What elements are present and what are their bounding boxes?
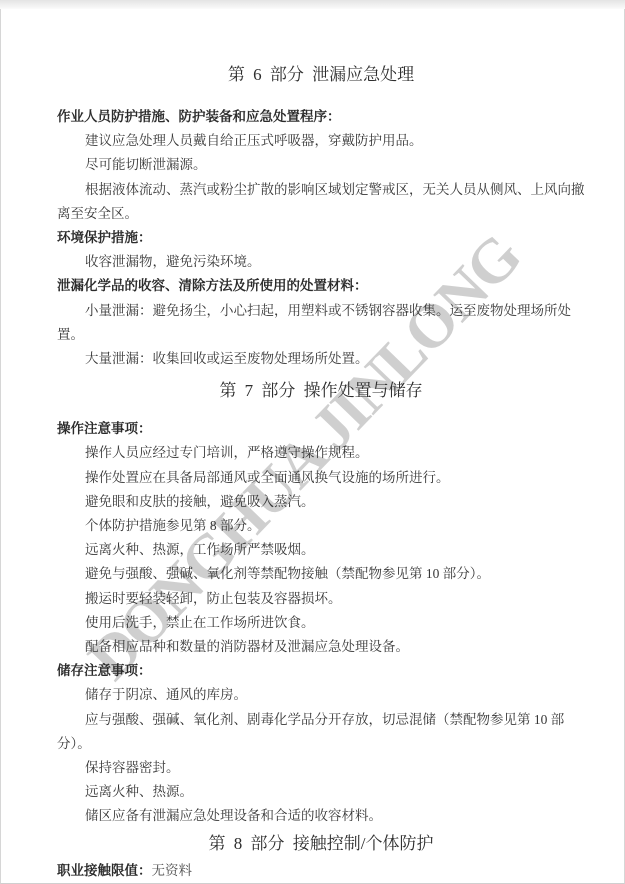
paragraph: 储存于阴凉、通风的库房。 — [57, 683, 585, 707]
paragraph: 搬运时要轻装轻卸，防止包装及容器损坏。 — [57, 587, 585, 611]
occupational-exposure-limit-value: 无资料 — [152, 863, 193, 878]
page-top-edge — [0, 0, 625, 9]
paragraph: 收容泄漏物，避免污染环境。 — [57, 250, 585, 274]
paragraph: 保持容器密封。 — [57, 756, 585, 780]
paragraph: 大量泄漏：收集回收或运至废物处理场所处置。 — [57, 347, 585, 371]
section-6-title: 第 6 部分 泄漏应急处理 — [57, 60, 585, 90]
paragraph: 避免眼和皮肤的接触，避免吸入蒸汽。 — [57, 490, 585, 514]
paragraph: 储区应备有泄漏应急处理设备和合适的收容材料。 — [57, 804, 585, 828]
paragraph: 远离火种、热源。 — [57, 780, 585, 804]
section-8-title: 第 8 部分 接触控制/个体防护 — [57, 829, 585, 859]
section-heading-worker-protection: 作业人员防护措施、防护装备和应急处置程序： — [57, 105, 585, 129]
document-content: 第 6 部分 泄漏应急处理 作业人员防护措施、防护装备和应急处置程序： 建议应急… — [0, 60, 625, 883]
paragraph: 操作人员应经过专门培训，严格遵守操作规程。 — [57, 441, 585, 465]
paragraph: 应与强酸、强碱、氧化剂、剧毒化学品分开存放，切忌混储（禁配物参见第 10 部分）… — [57, 708, 585, 756]
section-heading-environment-protection: 环境保护措施： — [57, 226, 585, 250]
paragraph: 个体防护措施参见第 8 部分。 — [57, 514, 585, 538]
document-page: DONGHUA JINLONG 第 6 部分 泄漏应急处理 作业人员防护措施、防… — [0, 0, 625, 884]
paragraph: 避免与强酸、强碱、氧化剂等禁配物接触（禁配物参见第 10 部分）。 — [57, 562, 585, 586]
section-heading-handling-precautions: 操作注意事项： — [57, 417, 585, 441]
paragraph: 尽可能切断泄漏源。 — [57, 153, 585, 177]
occupational-exposure-limit-row: 职业接触限值：无资料 — [57, 859, 585, 883]
paragraph: 操作处置应在具备局部通风或全面通风换气设施的场所进行。 — [57, 466, 585, 490]
paragraph: 根据液体流动、蒸汽或粉尘扩散的影响区域划定警戒区，无关人员从侧风、上风向撤离至安… — [57, 178, 585, 226]
section-heading-storage-precautions: 储存注意事项： — [57, 659, 585, 683]
section-heading-containment-methods: 泄漏化学品的收容、清除方法及所使用的处置材料： — [57, 274, 585, 298]
paragraph: 使用后洗手，禁止在工作场所进饮食。 — [57, 611, 585, 635]
paragraph: 远离火种、热源，工作场所严禁吸烟。 — [57, 538, 585, 562]
occupational-exposure-limit-label: 职业接触限值： — [57, 863, 152, 878]
paragraph: 建议应急处理人员戴自给正压式呼吸器，穿戴防护用品。 — [57, 129, 585, 153]
paragraph: 小量泄漏：避免扬尘，小心扫起，用塑料或不锈钢容器收集。运至废物处理场所处置。 — [57, 299, 585, 347]
section-7-title: 第 7 部分 操作处置与储存 — [57, 376, 585, 406]
paragraph: 配备相应品种和数量的消防器材及泄漏应急处理设备。 — [57, 635, 585, 659]
